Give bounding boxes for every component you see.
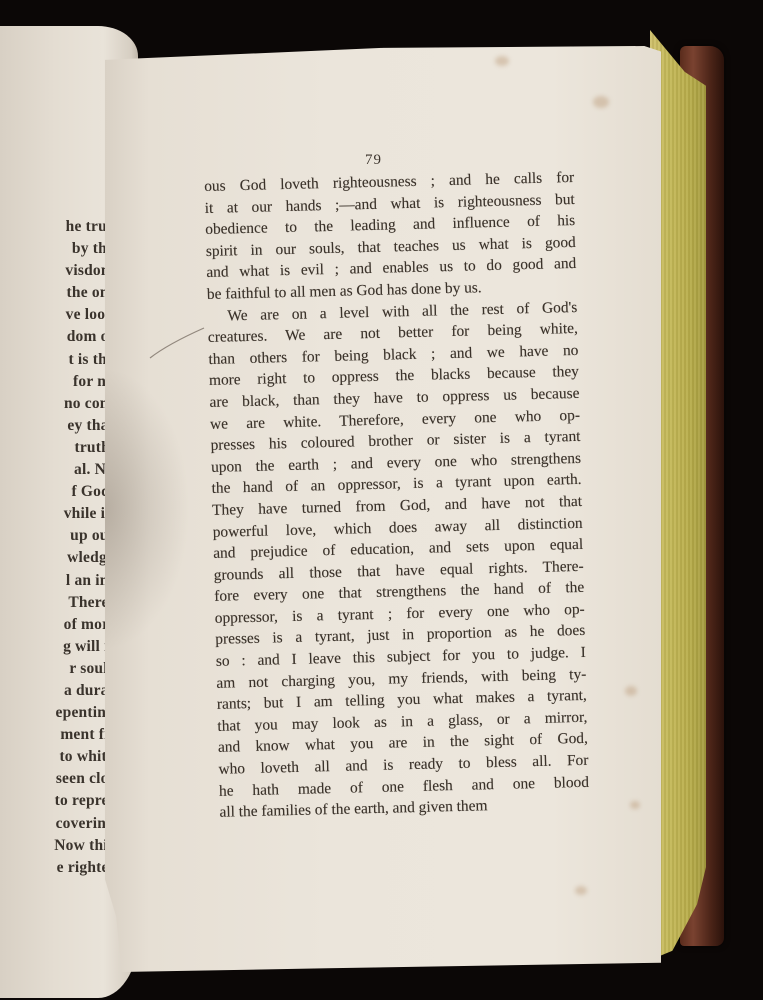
foxing-stain (630, 801, 640, 809)
pencil-margin-mark (148, 322, 206, 362)
foxing-stain (575, 886, 587, 895)
book-photo: he trueby thevisdomthe on-ve lookdom oft… (0, 0, 763, 1000)
foxing-stain (495, 56, 509, 66)
foxing-stain (593, 96, 609, 108)
page-body-text: ous God loveth righteousness ; and he ca… (204, 167, 590, 824)
page-number: 79 (365, 152, 382, 169)
foxing-stain (625, 686, 637, 696)
